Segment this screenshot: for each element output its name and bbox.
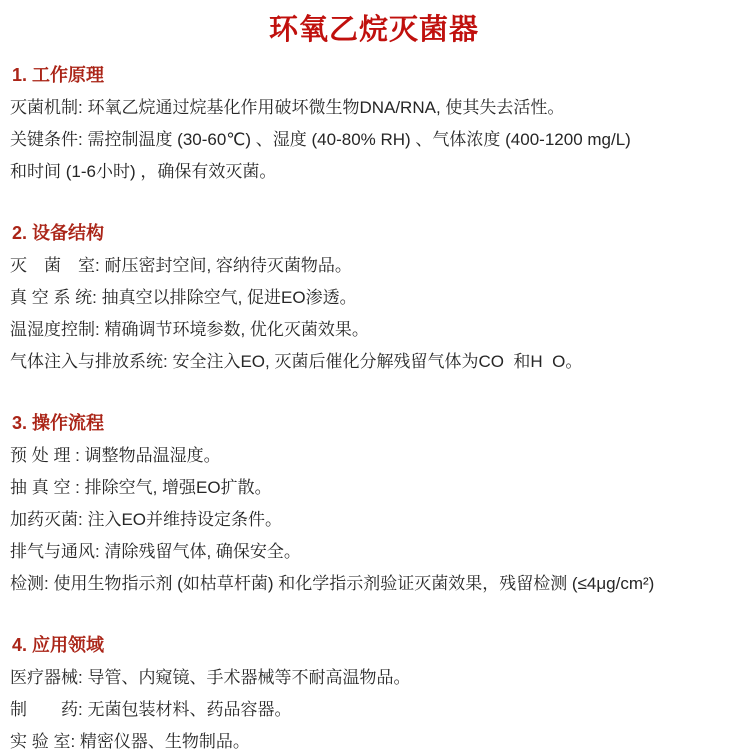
section-2-heading: 2. 设备结构 <box>12 222 738 244</box>
document-title: 环氧乙烷灭菌器 <box>10 12 738 48</box>
section-1-line-2: 关键条件: 需控制温度 (30-60℃) 、湿度 (40-80% RH) 、气体… <box>10 124 738 156</box>
section-1-heading: 1. 工作原理 <box>12 64 738 86</box>
section-3-line-2: 抽 真 空 : 排除空气, 增强EO扩散。 <box>10 472 738 504</box>
section-operation-process: 3. 操作流程 预 处 理 : 调整物品温湿度。 抽 真 空 : 排除空气, 增… <box>10 412 738 600</box>
section-equipment-structure: 2. 设备结构 灭 菌 室: 耐压密封空间, 容纳待灭菌物品。 真 空 系 统:… <box>10 222 738 378</box>
section-3-heading: 3. 操作流程 <box>12 412 738 434</box>
section-3-line-4: 排气与通风: 清除残留气体, 确保安全。 <box>10 536 738 568</box>
document-page: 环氧乙烷灭菌器 1. 工作原理 灭菌机制: 环氧乙烷通过烷基化作用破坏微生物DN… <box>0 0 750 750</box>
section-application-fields: 4. 应用领域 医疗器械: 导管、内窥镜、手术器械等不耐高温物品。 制 药: 无… <box>10 634 738 750</box>
section-2-line-3: 温湿度控制: 精确调节环境参数, 优化灭菌效果。 <box>10 314 738 346</box>
section-2-line-1: 灭 菌 室: 耐压密封空间, 容纳待灭菌物品。 <box>10 250 738 282</box>
section-4-line-1: 医疗器械: 导管、内窥镜、手术器械等不耐高温物品。 <box>10 662 738 694</box>
section-3-line-5: 检测: 使用生物指示剂 (如枯草杆菌) 和化学指示剂验证灭菌效果，残留检测 (≤… <box>10 568 738 600</box>
section-1-line-3: 和时间 (1-6小时) ，确保有效灭菌。 <box>10 156 738 188</box>
section-4-line-3: 实 验 室: 精密仪器、生物制品。 <box>10 726 738 750</box>
section-2-line-4: 气体注入与排放系统: 安全注入EO, 灭菌后催化分解残留气体为CO 和H O。 <box>10 346 738 378</box>
section-2-line-2: 真 空 系 统: 抽真空以排除空气, 促进EO渗透。 <box>10 282 738 314</box>
section-1-line-1: 灭菌机制: 环氧乙烷通过烷基化作用破坏微生物DNA/RNA, 使其失去活性。 <box>10 92 738 124</box>
section-3-line-1: 预 处 理 : 调整物品温湿度。 <box>10 440 738 472</box>
section-working-principle: 1. 工作原理 灭菌机制: 环氧乙烷通过烷基化作用破坏微生物DNA/RNA, 使… <box>10 64 738 188</box>
section-4-heading: 4. 应用领域 <box>12 634 738 656</box>
section-3-line-3: 加药灭菌: 注入EO并维持设定条件。 <box>10 504 738 536</box>
section-4-line-2: 制 药: 无菌包装材料、药品容器。 <box>10 694 738 726</box>
